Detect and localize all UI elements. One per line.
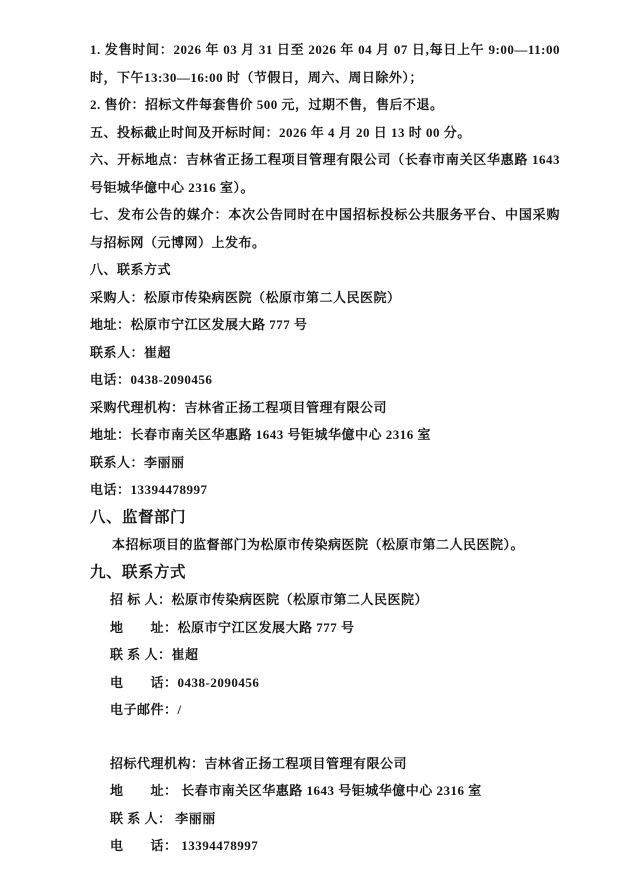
line-bid-opening-place: 六、开标地点：吉林省正扬工程项目管理有限公司（长春市南关区华惠路 1643 号钜…: [90, 146, 560, 201]
line-tenderer-phone: 电 话：0438-2090456: [110, 669, 560, 697]
line-tender-agency-phone: 电 话： 13394478997: [110, 832, 560, 860]
section-supervision: 八、监督部门 本招标项目的监督部门为松原市传染病医院（松原市第二人民医院）。: [90, 504, 560, 559]
line-agency-contact: 联系人：李丽丽: [90, 449, 560, 477]
line-announcement-media: 七、发布公告的媒介：本次公告同时在中国招标投标公共服务平台、中国采购与招标网（元…: [90, 201, 560, 256]
line-supervision-body: 本招标项目的监督部门为松原市传染病医院（松原市第二人民医院）。: [90, 531, 560, 559]
heading-supervision: 八、监督部门: [90, 504, 560, 532]
line-bid-deadline: 五、投标截止时间及开标时间：2026 年 4 月 20 日 13 时 00 分。: [90, 119, 560, 147]
line-purchaser-address: 地址：松原市宁江区发展大路 777 号: [90, 311, 560, 339]
line-price: 2. 售价：招标文件每套售价 500 元，过期不售，售后不退。: [90, 91, 560, 119]
line-tender-agency-name: 招标代理机构：吉林省正扬工程项目管理有限公司: [110, 750, 560, 778]
section-contact-8: 八、联系方式 采购人：松原市传染病医院（松原市第二人民医院） 地址：松原市宁江区…: [90, 256, 560, 504]
line-tenderer-name: 招 标 人：松原市传染病医院（松原市第二人民医院）: [110, 586, 560, 614]
line-issue-time: 1. 发售时间：2026 年 03 月 31 日至 2026 年 04 月 07…: [90, 36, 560, 91]
line-agency-phone: 电话：13394478997: [90, 476, 560, 504]
line-purchaser-contact: 联系人：崔超: [90, 339, 560, 367]
section-contact-9: 九、联系方式 招 标 人：松原市传染病医院（松原市第二人民医院） 地 址：松原市…: [90, 559, 560, 860]
line-tender-agency-address: 地 址： 长春市南关区华惠路 1643 号钜城华億中心 2316 室: [110, 777, 560, 805]
section-tender-doc-sale: 1. 发售时间：2026 年 03 月 31 日至 2026 年 04 月 07…: [90, 36, 560, 119]
line-agency-address: 地址：长春市南关区华惠路 1643 号钜城华億中心 2316 室: [90, 421, 560, 449]
line-tenderer-contact: 联 系 人：崔超: [110, 641, 560, 669]
line-purchaser-name: 采购人：松原市传染病医院（松原市第二人民医院）: [90, 284, 560, 312]
line-tender-agency-contact: 联 系 人： 李丽丽: [110, 805, 560, 833]
line-tenderer-email: 电子邮件：/: [110, 696, 560, 724]
line-agency-name: 采购代理机构：吉林省正扬工程项目管理有限公司: [90, 394, 560, 422]
line-purchaser-phone: 电话：0438-2090456: [90, 366, 560, 394]
document-page: 1. 发售时间：2026 年 03 月 31 日至 2026 年 04 月 07…: [0, 0, 632, 878]
heading-contact-9: 九、联系方式: [90, 559, 560, 587]
block-tender-agency: 招标代理机构：吉林省正扬工程项目管理有限公司 地 址： 长春市南关区华惠路 16…: [90, 750, 560, 860]
heading-contact-8: 八、联系方式: [90, 256, 560, 284]
block-tenderer: 招 标 人：松原市传染病医院（松原市第二人民医院） 地 址：松原市宁江区发展大路…: [90, 586, 560, 724]
line-tenderer-address: 地 址：松原市宁江区发展大路 777 号: [110, 614, 560, 642]
